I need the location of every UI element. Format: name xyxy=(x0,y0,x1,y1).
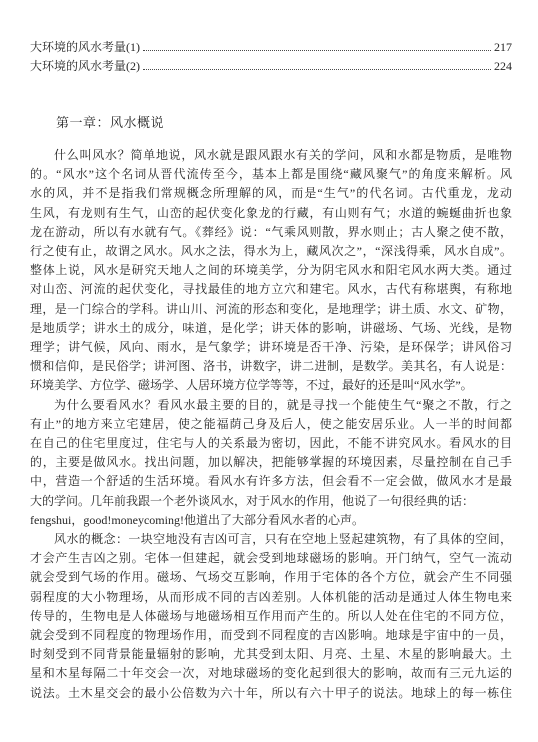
text-line: 理，是一门综合的学科。讲山川、河流的形态和变化，是地理学；讲土质、水文、矿物， xyxy=(30,300,512,319)
toc-leader-dots xyxy=(143,50,491,51)
text-line: 弱程度的大小物理场，从而形成不同的吉凶差别。人体机能的活动是通过人体生物电来 xyxy=(30,588,512,607)
paragraph: 什么叫风水？简单地说，风水就是跟风跟水有关的学问，风和水都是物质，是唯物的。“风… xyxy=(30,146,512,396)
text-line: fengshui，good!moneycoming!他道出了大部分看风水者的心声… xyxy=(30,511,512,530)
text-line: 整体上说，风水是研究天地人之间的环境美学，分为阴宅风水和阳宅风水两大类。通过 xyxy=(30,261,512,280)
text-line: 才会产生吉凶之别。宅体一但建起，就会受到地球磁场的影响。开门纳气，空气一流动 xyxy=(30,549,512,568)
toc-item-title: 大环境的风水考量(1) xyxy=(30,38,140,57)
text-line: 的，主要是做风水。找出问题，加以解决，把能够掌握的环境因素，尽量控制在自己手 xyxy=(30,453,512,472)
toc-item[interactable]: 大环境的风水考量(2)224 xyxy=(30,57,512,76)
toc-page-number: 217 xyxy=(494,38,512,57)
text-line: 行之使有止，故谓之风水。风水之法，得水为上，藏风次之”，“深浅得乘，风水自成”。 xyxy=(30,242,512,261)
text-line: 环境美学、方位学、磁场学、人居环境方位学等等，不过，最好的还是叫“风水学”。 xyxy=(30,376,512,395)
text-line: 惯和信仰，是民俗学；讲河图、洛书，讲数字，讲二进制，是数学。美其名，有人说是： xyxy=(30,357,512,376)
text-line: 大的学问。几年前我跟一个老外谈风水，对于风水的作用，他说了一句很经典的话： xyxy=(30,492,512,511)
text-line: 什么叫风水？简单地说，风水就是跟风跟水有关的学问，风和水都是物质，是唯物 xyxy=(30,146,512,165)
text-line: 时刻受到不同背景能量辐射的影响，尤其受到太阳、月亮、土星、木星的影响最大。土 xyxy=(30,645,512,664)
paragraph: 风水的概念：一块空地没有吉凶可言，只有在空地上竖起建筑物，有了具体的空间，才会产… xyxy=(30,530,512,703)
text-line: 有止”的地方来立宅建居，使之能福荫己身及后人，使之能安居乐业。人一半的时间都 xyxy=(30,415,512,434)
chapter-heading: 第一章：风水概说 xyxy=(30,113,512,132)
text-line: 风水的概念：一块空地没有吉凶可言，只有在空地上竖起建筑物，有了具体的空间， xyxy=(30,530,512,549)
text-line: 在自己的住宅里度过，住宅与人的关系最为密切，因此，不能不讲究风水。看风水的目 xyxy=(30,434,512,453)
table-of-contents: 大环境的风水考量(1)217大环境的风水考量(2)224 xyxy=(30,38,512,76)
toc-leader-dots xyxy=(143,69,491,70)
toc-item-title: 大环境的风水考量(2) xyxy=(30,57,140,76)
text-line: 是地质学；讲水土的成分，味道，是化学；讲天体的影响，讲磁场、气场、光线，是物 xyxy=(30,319,512,338)
text-line: 说法。土木星交会的最小公倍数为六十年，所以有六十甲子的说法。地球上的每一栋住 xyxy=(30,684,512,703)
text-line: 为什么要看风水？看风水最主要的目的，就是寻找一个能使生气“聚之不散，行之 xyxy=(30,396,512,415)
body-text: 什么叫风水？简单地说，风水就是跟风跟水有关的学问，风和水都是物质，是唯物的。“风… xyxy=(30,146,512,703)
toc-page-number: 224 xyxy=(494,57,512,76)
text-line: 对山峦、河流的起伏变化，寻找最佳的地方立穴和建宅。风水，古代有称堪舆，有称地 xyxy=(30,280,512,299)
text-line: 星和木星每隔二十年交会一次，对地球磁场的变化起到很大的影响，故而有三元九运的 xyxy=(30,664,512,683)
text-line: 就会受到气场的作用。磁场、气场交互影响，作用于宅体的各个方位，就会产生不同强 xyxy=(30,568,512,587)
paragraph: 为什么要看风水？看风水最主要的目的，就是寻找一个能使生气“聚之不散，行之有止”的… xyxy=(30,396,512,530)
text-line: 就会受到不同程度的物理场作用，而受到不同程度的吉凶影响。地球是宇宙中的一员， xyxy=(30,626,512,645)
text-line: 传导的，生物电是人体磁场与地磁场相互作用而产生的。所以人处在住宅的不同方位， xyxy=(30,607,512,626)
document-page: 大环境的风水考量(1)217大环境的风水考量(2)224 第一章：风水概说 什么… xyxy=(0,0,538,742)
text-line: 的。“风水”这个名词从晋代流传至今，基本上都是围绕“藏风聚气”的角度来解析。风 xyxy=(30,165,512,184)
text-line: 理学；讲气候，风向、雨水，是气象学；讲环境是否干净、污染，是环保学；讲风俗习 xyxy=(30,338,512,357)
text-line: 生风，有龙则有生气，山峦的起伏变化象龙的行藏，有山则有气；水道的蜿蜒曲折也象 xyxy=(30,204,512,223)
text-line: 水的风，并不是指我们常规概念所理解的风，而是“生气”的代名词。古代重龙，龙动 xyxy=(30,184,512,203)
text-line: 龙在游动，所以有水就有气。《葬经》说：“气乘风则散，界水则止；古人聚之使不散， xyxy=(30,223,512,242)
text-line: 中，营造一个舒适的生活环境。看风水有许多方法，但会看不一定会做，做风水才是最 xyxy=(30,472,512,491)
toc-item[interactable]: 大环境的风水考量(1)217 xyxy=(30,38,512,57)
